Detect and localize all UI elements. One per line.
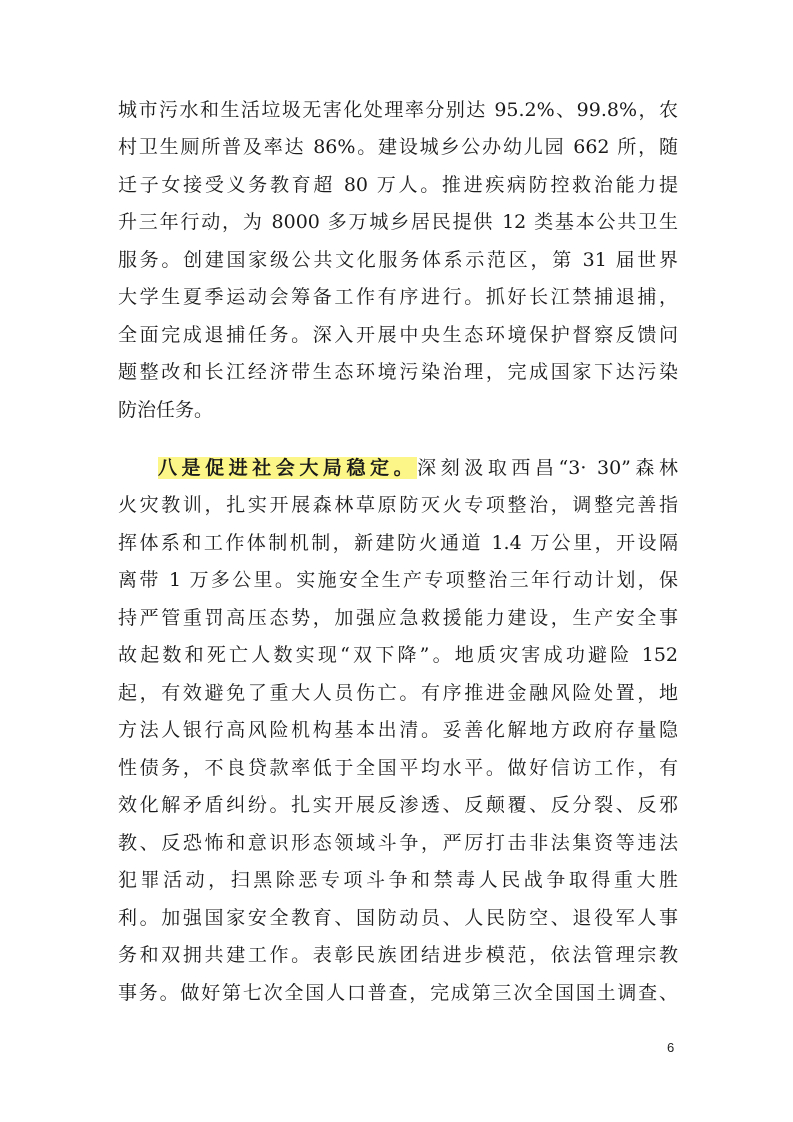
text-line: 教、反恐怖和意识形态领域斗争，严厉打击非法集资等违法 [118, 825, 678, 862]
text-line: 城市污水和生活垃圾无害化处理率分别达 95.2%、99.8%，农 [118, 92, 678, 129]
text-line: 事务。做好第七次全国人口普查，完成第三次全国国土调查、 [118, 975, 678, 1012]
text-line: 犯罪活动，扫黑除恶专项斗争和禁毒人民战争取得重大胜 [118, 862, 678, 899]
text-line: 火灾教训，扎实开展森林草原防灭火专项整治，调整完善指 [118, 487, 678, 524]
text-line: 故起数和死亡人数实现“双下降”。地质灾害成功避险 152 [118, 637, 678, 674]
text-line: 性债务，不良贷款率低于全国平均水平。做好信访工作，有 [118, 750, 678, 787]
page-number: 6 [667, 1040, 674, 1055]
text-line: 离带 1 万多公里。实施安全生产专项整治三年行动计划，保 [118, 562, 678, 599]
document-page: 城市污水和生活垃圾无害化处理率分别达 95.2%、99.8%，农 村卫生厕所普及… [0, 0, 793, 1122]
text-line: 升三年行动，为 8000 多万城乡居民提供 12 类基本公共卫生 [118, 204, 678, 241]
text-line: 务和双拥共建工作。表彰民族团结进步模范，依法管理宗教 [118, 937, 678, 974]
text-line-rest: 深刻汲取西昌“3· 30”森林 [417, 457, 678, 479]
text-line: 迁子女接受义务教育超 80 万人。推进疾病防控救治能力提 [118, 167, 678, 204]
text-line: 全面完成退捕任务。深入开展中央生态环境保护督察反馈问 [118, 317, 678, 354]
text-line: 持严管重罚高压态势，加强应急救援能力建设，生产安全事 [118, 600, 678, 637]
text-line: 挥体系和工作体制机制，新建防火通道 1.4 万公里，开设隔 [118, 525, 678, 562]
highlighted-heading: 八是促进社会大局稳定。 [158, 457, 417, 479]
text-line: 利。加强国家安全教育、国防动员、人民防空、退役军人事 [118, 900, 678, 937]
text-line: 大学生夏季运动会筹备工作有序进行。抓好长江禁捕退捕， [118, 279, 678, 316]
text-line: 效化解矛盾纠纷。扎实开展反渗透、反颠覆、反分裂、反邪 [118, 787, 678, 824]
text-line: 方法人银行高风险机构基本出清。妥善化解地方政府存量隐 [118, 712, 678, 749]
text-line: 服务。创建国家级公共文化服务体系示范区，第 31 届世界 [118, 242, 678, 279]
text-line: 起，有效避免了重大人员伤亡。有序推进金融风险处置，地 [118, 675, 678, 712]
paragraph-first-line: 八是促进社会大局稳定。深刻汲取西昌“3· 30”森林 [158, 450, 678, 487]
text-line: 防治任务。 [118, 392, 678, 429]
text-line: 题整改和长江经济带生态环境污染治理，完成国家下达污染 [118, 354, 678, 391]
text-line: 村卫生厕所普及率达 86%。建设城乡公办幼儿园 662 所，随 [118, 129, 678, 166]
